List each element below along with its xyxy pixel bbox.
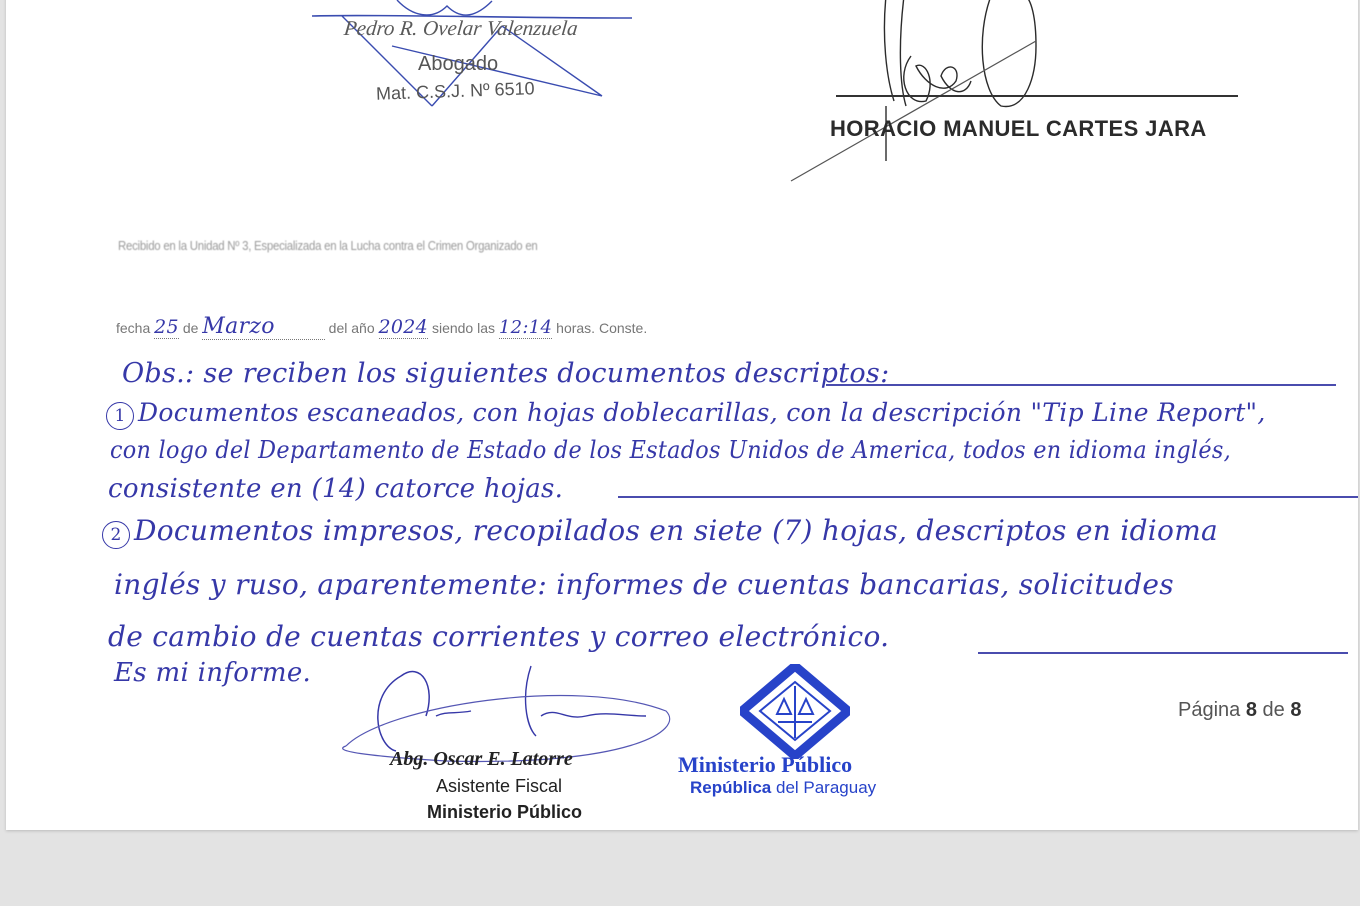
fill-line <box>618 496 1358 498</box>
date-time: 12:14 <box>499 317 552 339</box>
item-number-1: 1 <box>106 402 134 430</box>
page-number: Página 8 de 8 <box>1178 699 1301 722</box>
date-prefix: fecha <box>116 320 150 336</box>
stamp-line-1: Ministerio Público <box>678 752 852 778</box>
observation-item-1-line-3: consistente en (14) catorce hojas. <box>108 474 563 504</box>
observations-intro: Obs.: se reciben los siguientes document… <box>122 358 889 389</box>
signatory-name-ovelar: Pedro R. Ovelar Valenzuela <box>343 16 579 41</box>
item-number-2: 2 <box>102 521 130 549</box>
observation-item-2-line-2: inglés y ruso, aparentemente: informes d… <box>114 568 1174 601</box>
observations-closing: Es mi informe. <box>114 658 311 688</box>
date-suffix: horas. Conste. <box>556 320 647 336</box>
receipt-date-line: fecha 25 de Marzo del año 2024 siendo la… <box>116 314 647 339</box>
signatory-title-latorre: Asistente Fiscal <box>436 776 562 797</box>
date-de-label: de <box>183 320 199 336</box>
date-year: 2024 <box>379 316 429 339</box>
document-page: Pedro R. Ovelar Valenzuela Abogado Mat. … <box>6 0 1358 830</box>
receipt-header: Recibido en la Unidad Nº 3, Especializad… <box>118 238 538 253</box>
observation-item-2-line-3: de cambio de cuentas corrientes y correo… <box>108 620 889 653</box>
date-month: Marzo <box>202 314 325 340</box>
fill-line <box>826 384 1336 386</box>
date-year-label: del año <box>329 320 375 336</box>
signatory-institution-latorre: Ministerio Público <box>427 802 582 823</box>
signatory-title-ovelar: Abogado <box>418 53 498 76</box>
date-day: 25 <box>154 316 179 339</box>
ministerio-seal-icon <box>740 664 850 759</box>
date-time-label: siendo las <box>432 320 495 336</box>
signatory-name-latorre: Abg. Oscar E. Latorre <box>390 748 573 771</box>
fill-line <box>978 652 1348 654</box>
observation-item-1-line-1: 1Documentos escaneados, con hojas doblec… <box>106 398 1266 430</box>
signatory-name-cartes: HORACIO MANUEL CARTES JARA <box>830 116 1207 142</box>
stamp-line-2: República del Paraguay <box>690 778 876 798</box>
observation-item-2-line-1: 2Documentos impresos, recopilados en sie… <box>102 514 1218 549</box>
signature-cartes-icon <box>786 0 1266 186</box>
observation-item-1-line-2: con logo del Departamento de Estado de l… <box>110 436 1231 464</box>
